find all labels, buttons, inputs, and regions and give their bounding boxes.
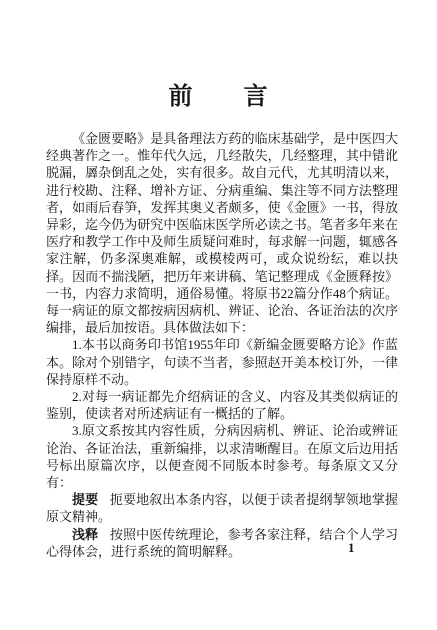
book-page: 前 言 《金匮要略》是具备理法方药的临床基础学，是中医四大经典著作之一。惟年代久…: [0, 0, 437, 630]
term-text-tiyao: 扼要地叙出本条内容，以便于读者提纲挈领地掌握原文精神。: [46, 492, 398, 524]
term-label-qianshi: 浅释: [72, 527, 98, 542]
preface-body: 《金匮要略》是具备理法方药的临床基础学，是中医四大经典著作之一。惟年代久远，几经…: [46, 130, 398, 560]
preface-term-qianshi: 浅释按照中医传统理论，参考各家注释，结合个人学习心得体会，进行系统的简明解释。: [46, 526, 398, 560]
preface-paragraph-intro: 《金匮要略》是具备理法方药的临床基础学，是中医四大经典著作之一。惟年代久远，几经…: [46, 130, 398, 336]
preface-list-item-1: 1.本书以商务印书馆1955年印《新编金匮要略方论》作蓝本。除对个别错字，句读不…: [46, 336, 398, 388]
term-text-qianshi: 按照中医传统理论，参考各家注释，结合个人学习心得体会，进行系统的简明解释。: [46, 527, 398, 559]
preface-term-tiyao: 提要扼要地叙出本条内容，以便于读者提纲挈领地掌握原文精神。: [46, 491, 398, 525]
title-char-yan: 言: [244, 76, 269, 111]
page-title: 前 言: [0, 76, 437, 111]
preface-list-item-2: 2.对每一病证都先介绍病证的含义、内容及其类似病证的鉴别，使读者对所述病证有一概…: [46, 388, 398, 422]
page-number: 1: [348, 540, 355, 556]
term-label-tiyao: 提要: [72, 492, 98, 507]
title-char-qian: 前: [169, 76, 194, 111]
preface-list-item-3: 3.原文系按其内容性质，分病因病机、辨证、论治或辨证论治、各证治法，重新编排，以…: [46, 422, 398, 491]
